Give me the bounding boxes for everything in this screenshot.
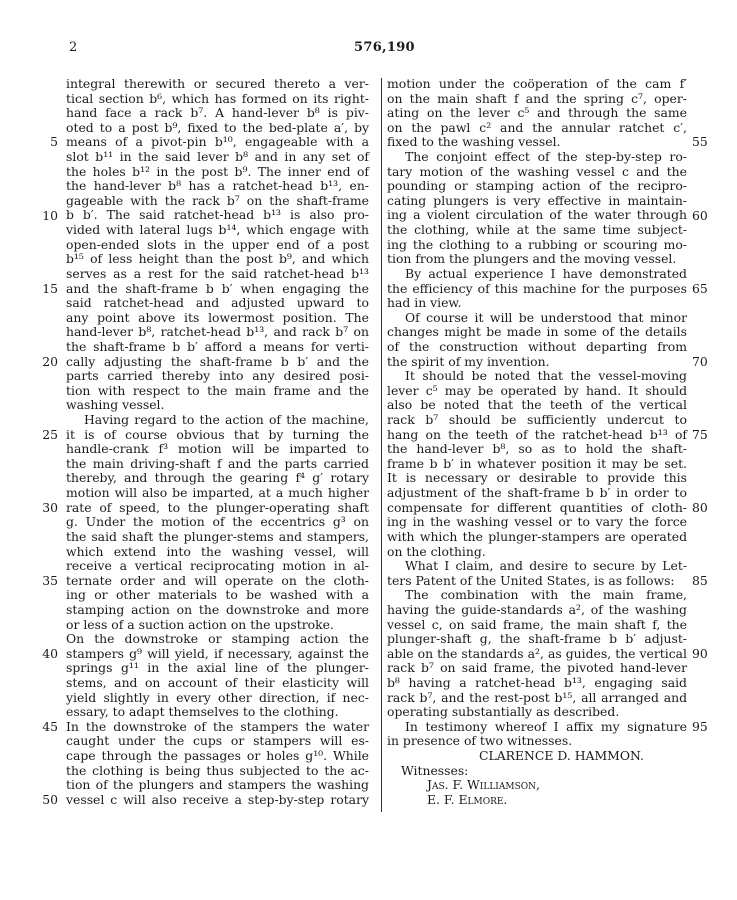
text-line: b b′. The said ratchet-head b¹³ is also …: [66, 208, 369, 223]
text-line: with which the plunger-stampers are oper…: [387, 530, 687, 545]
text-line: serves as a rest for the said ratchet-he…: [66, 267, 369, 282]
text-line: in presence of two witnesses.: [387, 734, 687, 749]
text-line: means of a pivot-pin b¹⁰, engageable wit…: [66, 135, 369, 150]
text-line: the said shaft the plunger-stems and sta…: [66, 530, 369, 545]
text-line: of the construction without departing fr…: [387, 340, 687, 355]
text-line: ters Patent of the United States, is as …: [387, 574, 687, 589]
margin-line-number: 35: [28, 574, 58, 589]
text-line: integral therewith or secured thereto a …: [66, 77, 369, 92]
text-line: lever c⁵ may be operated by hand. It sho…: [387, 384, 687, 399]
witness-name: Jas. F. Williamson,: [387, 778, 687, 793]
text-line: fixed to the washing vessel.: [387, 135, 687, 150]
text-line: ating on the lever c⁵ and through the sa…: [387, 106, 687, 121]
text-line: stems, and on account of their elasticit…: [66, 676, 369, 691]
text-line: hang on the teeth of the ratchet-head b¹…: [387, 428, 687, 443]
text-line: the efficiency of this machine for the p…: [387, 282, 687, 297]
margin-line-number: 5: [28, 135, 58, 150]
text-line: b¹⁵ of less height than the post b⁹, and…: [66, 252, 369, 267]
text-line: the spirit of my invention.: [387, 355, 687, 370]
text-line: rack b⁷ on said frame, the pivoted hand-…: [387, 661, 687, 676]
text-line: What I claim, and desire to secure by Le…: [387, 559, 687, 574]
text-line: also be noted that the teeth of the vert…: [387, 398, 687, 413]
text-line: The combination with the main frame,: [387, 588, 687, 603]
margin-line-number: 75: [692, 428, 722, 443]
text-line: yield slightly in every other direction,…: [66, 691, 369, 706]
margin-line-number: 25: [28, 428, 58, 443]
margin-line-number: 70: [692, 355, 722, 370]
text-line: hand-lever b⁸, ratchet-head b¹³, and rac…: [66, 325, 369, 340]
column-divider: [381, 78, 382, 812]
text-line: oted to a post b⁹, fixed to the bed-plat…: [66, 121, 369, 136]
text-line: The conjoint effect of the step-by-step …: [387, 150, 687, 165]
text-line: having the guide-standards a², of the wa…: [387, 603, 687, 618]
text-line: on the pawl c² and the annular ratchet c…: [387, 121, 687, 136]
text-line: cape through the passages or holes g¹⁰. …: [66, 749, 369, 764]
margin-line-number: 55: [692, 135, 722, 150]
text-line: hand face a rack b⁷. A hand-lever b⁸ is …: [66, 106, 369, 121]
text-line: vessel c, on said frame, the main shaft …: [387, 618, 687, 633]
patent-number: 576,190: [354, 40, 415, 55]
text-line: It is necessary or desirable to provide …: [387, 471, 687, 486]
text-line: compensate for different quantities of c…: [387, 501, 687, 516]
text-line: b⁸ having a ratchet-head b¹³, engaging s…: [387, 676, 687, 691]
text-line: open-ended slots in the upper end of a p…: [66, 238, 369, 253]
text-line: vessel c will also receive a step-by-ste…: [66, 793, 369, 808]
text-line: it is of course obvious that by turning …: [66, 428, 369, 443]
text-line: the clothing is being thus subjected to …: [66, 764, 369, 779]
text-line: rack b⁷, and the rest-post b¹⁵, all arra…: [387, 691, 687, 706]
text-line: Of course it will be understood that min…: [387, 311, 687, 326]
text-line: the shaft-frame b b′ afford a means for …: [66, 340, 369, 355]
margin-line-number: 85: [692, 574, 722, 589]
text-line: parts carried thereby into any desired p…: [66, 369, 369, 384]
text-line: adjustment of the shaft-frame b b′ in or…: [387, 486, 687, 501]
text-line: changes might be made in some of the det…: [387, 325, 687, 340]
text-line: had in view.: [387, 296, 687, 311]
right-column: motion under the coöperation of the cam …: [387, 77, 687, 807]
text-line: which extend into the washing vessel, wi…: [66, 545, 369, 560]
signature-line: CLARENCE D. HAMMON.: [387, 749, 687, 764]
text-line: operating substantially as described.: [387, 705, 687, 720]
text-line: receive a vertical reciprocating motion …: [66, 559, 369, 574]
text-line: In testimony whereof I affix my signatur…: [387, 720, 687, 735]
margin-line-number: 80: [692, 501, 722, 516]
text-line: caught under the cups or stampers will e…: [66, 734, 369, 749]
margin-line-number: 15: [28, 282, 58, 297]
text-line: slot b¹¹ in the said lever b⁸ and in any…: [66, 150, 369, 165]
text-line: g. Under the motion of the eccentrics g³…: [66, 515, 369, 530]
text-line: handle-crank f³ motion will be imparted …: [66, 442, 369, 457]
text-line: ternate order and will operate on the cl…: [66, 574, 369, 589]
text-line: said ratchet-head and adjusted upward to: [66, 296, 369, 311]
text-line: tion of the plungers and stampers the wa…: [66, 778, 369, 793]
margin-line-number: 90: [692, 647, 722, 662]
text-line: motion will also be imparted, at a much …: [66, 486, 369, 501]
text-line: ing the clothing to a rubbing or scourin…: [387, 238, 687, 253]
text-line: On the downstroke or stamping action the: [66, 632, 369, 647]
page-number: 2: [69, 40, 77, 55]
text-line: gageable with the rack b⁷ on the shaft-f…: [66, 194, 369, 209]
left-column: integral therewith or secured thereto a …: [66, 77, 369, 807]
text-line: the holes b¹² in the post b⁹. The inner …: [66, 165, 369, 180]
text-line: pounding or stamping action of the recip…: [387, 179, 687, 194]
text-line: frame b b′ in whatever position it may b…: [387, 457, 687, 472]
margin-line-number: 10: [28, 209, 58, 224]
text-line: the main driving-shaft f and the parts c…: [66, 457, 369, 472]
text-line: and the shaft-frame b b′ when engaging t…: [66, 282, 369, 297]
text-line: Having regard to the action of the machi…: [66, 413, 369, 428]
margin-line-number: 60: [692, 209, 722, 224]
text-line: rack b⁷ should be sufficiently undercut …: [387, 413, 687, 428]
text-line: cating plungers is very effective in mai…: [387, 194, 687, 209]
text-line: tary motion of the washing vessel c and …: [387, 165, 687, 180]
witnesses-label: Witnesses:: [387, 764, 687, 779]
text-line: or less of a suction action on the upstr…: [66, 618, 369, 633]
text-line: motion under the coöperation of the cam …: [387, 77, 687, 92]
text-line: the hand-lever b⁸, so as to hold the sha…: [387, 442, 687, 457]
text-line: on the clothing.: [387, 545, 687, 560]
text-line: By actual experience I have demonstrated: [387, 267, 687, 282]
text-line: ing a violent circulation of the water t…: [387, 208, 687, 223]
text-line: able on the standards a², as guides, the…: [387, 647, 687, 662]
text-line: rate of speed, to the plunger-operating …: [66, 501, 369, 516]
text-line: essary, to adapt themselves to the cloth…: [66, 705, 369, 720]
text-line: ing in the washing vessel or to vary the…: [387, 515, 687, 530]
margin-line-number: 40: [28, 647, 58, 662]
text-line: thereby, and through the gearing f⁴ g′ r…: [66, 471, 369, 486]
text-line: any point above its lowermost position. …: [66, 311, 369, 326]
text-line: the clothing, while at the same time sub…: [387, 223, 687, 238]
margin-line-number: 20: [28, 355, 58, 370]
text-line: stamping action on the downstroke and mo…: [66, 603, 369, 618]
text-line: washing vessel.: [66, 398, 369, 413]
witness-name: E. F. Elmore.: [387, 793, 687, 808]
text-line: on the main shaft f and the spring c⁷, o…: [387, 92, 687, 107]
margin-line-number: 65: [692, 282, 722, 297]
text-line: tion with respect to the main frame and …: [66, 384, 369, 399]
text-line: plunger-shaft g, the shaft-frame b b′ ad…: [387, 632, 687, 647]
text-line: In the downstroke of the stampers the wa…: [66, 720, 369, 735]
margin-line-number: 50: [28, 793, 58, 808]
text-line: cally adjusting the shaft-frame b b′ and…: [66, 355, 369, 370]
margin-line-number: 30: [28, 501, 58, 516]
text-line: stampers g⁹ will yield, if necessary, ag…: [66, 647, 369, 662]
text-line: ing or other materials to be washed with…: [66, 588, 369, 603]
margin-line-number: 45: [28, 720, 58, 735]
text-line: vided with lateral lugs b¹⁴, which engag…: [66, 223, 369, 238]
text-line: It should be noted that the vessel-movin…: [387, 369, 687, 384]
text-line: the hand-lever b⁸ has a ratchet-head b¹³…: [66, 179, 369, 194]
margin-line-number: 95: [692, 720, 722, 735]
text-line: tion from the plungers and the moving ve…: [387, 252, 687, 267]
text-line: tical section b⁶, which has formed on it…: [66, 92, 369, 107]
text-line: springs g¹¹ in the axial line of the plu…: [66, 661, 369, 676]
